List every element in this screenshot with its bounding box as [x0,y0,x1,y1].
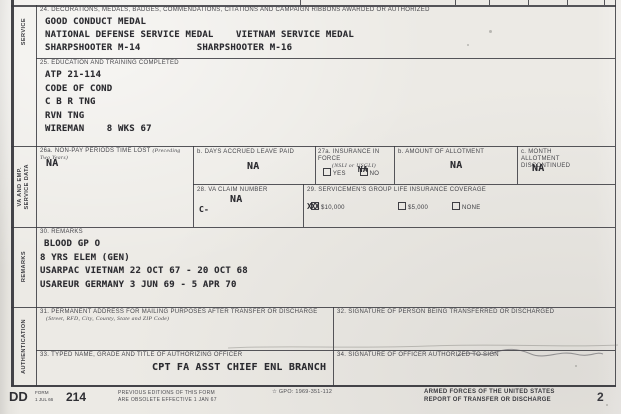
box28-value: NA [230,194,242,205]
box25-line: C B R TNG [45,97,96,107]
box25-line: ATP 21-114 [45,70,101,80]
footer-obsolete-line1: PREVIOUS EDITIONS OF THIS FORM [118,390,215,396]
scan-speckle [606,404,608,406]
divider-28-29 [303,184,304,227]
box25-line: RVN TNG [45,111,84,121]
table-bottom-border [11,385,616,387]
label-column-divider [36,5,37,386]
footer-form-number: 214 [66,390,86,404]
box27a-header: 27a. INSURANCE IN FORCE [318,149,379,162]
sgli-none-checkbox [452,202,460,210]
box25-line: WIREMAN 8 WKS 67 [45,124,152,134]
rule-remarks-auth [11,307,615,308]
box28-prefix: C- [199,205,209,214]
scan-speckle [575,365,577,367]
sgli-none-label: NONE [462,205,481,211]
box26a-header: 26a. NON-PAY PERIODS TIME LOST [40,148,152,154]
rule-service-va [11,146,615,147]
rule-26-28 [193,184,615,185]
section-label-authentication: AUTHENTICATION [12,308,36,385]
box27b-header: b. AMOUNT OF ALLOTMENT [398,149,516,156]
sgli-10000-label: $10,000 [321,205,345,211]
box33-value: CPT FA ASST CHIEF ENL BRANCH [152,362,326,373]
sgli-5000-checkbox [398,202,406,210]
va-emp-label-line2: SERVICE DATA [24,164,31,210]
remarks-line: 8 YRS ELEM (GEN) [40,253,130,263]
insurance-yes-checkbox [323,168,331,176]
divider-27b-27c [517,146,518,184]
box24-header: 24. DECORATIONS, MEDALS, BADGES, COMMEND… [40,7,580,14]
insurance-no-overlay: NA [358,165,368,174]
remarks-line: USAREUR GERMANY 3 JUN 69 - 5 APR 70 [40,280,237,290]
rule-24-25 [36,58,615,59]
top-strip-tick [455,0,456,5]
top-strip-tick [604,0,605,5]
va-emp-label-line1: VA AND EMP. [17,164,24,210]
footer-form-word: FORM [35,390,49,395]
box29-header: 29. SERVICEMEN'S GROUP LIFE INSURANCE CO… [307,187,607,194]
footer-page-number: 2 [597,390,604,404]
sgli-5000-label: $5,000 [408,205,428,211]
section-label-va-emp: VA AND EMP. SERVICE DATA [12,147,36,226]
section-label-remarks: REMARKS [12,228,36,306]
dd214-scanned-form: SERVICE VA AND EMP. SERVICE DATA REMARKS… [0,0,621,414]
sgli-10000-overlay: XXX [307,202,318,211]
box25-line: CODE OF COND [45,84,112,94]
box24-line: SHARPSHOOTER M-14 SHARPSHOOTER M-16 [45,43,292,53]
table-right-border [615,0,616,386]
box28-header: 28. VA CLAIM NUMBER [197,187,302,194]
box33-header: 33. TYPED NAME, GRADE AND TITLE OF AUTHO… [40,352,325,359]
service-label-text: SERVICE [21,18,28,45]
box27c-value: NA [532,163,544,174]
box32-header: 32. SIGNATURE OF PERSON BEING TRANSFERRE… [337,309,607,316]
box24-line: NATIONAL DEFENSE SERVICE MEDAL VIETNAM S… [45,30,354,40]
footer-form-date: 1 JUL 66 [35,397,53,402]
box24-line: GOOD CONDUCT MEDAL [45,17,146,27]
box26a-value: NA [46,158,58,169]
box25-header: 25. EDUCATION AND TRAINING COMPLETED [40,60,340,67]
box27c-header: c. MONTH ALLOTMENT DISCONTINUED [521,149,587,170]
remarks-label-text: REMARKS [21,251,28,282]
divider-26b-27a [315,146,316,184]
authentication-label-text: AUTHENTICATION [21,319,28,374]
pencil-stray-line [228,343,618,351]
footer-title-line2: REPORT OF TRANSFER OR DISCHARGE [424,397,551,403]
footer-obsolete-line2: ARE OBSOLETE EFFECTIVE 1 JAN 67 [118,397,217,403]
scan-speckle [489,30,492,33]
box30-header: 30. REMARKS [40,229,240,236]
top-strip-tick [528,0,529,5]
insurance-no-label: NO [370,171,380,177]
top-strip-tick [489,0,490,5]
remarks-line: BLOOD GP O [44,239,100,249]
box26b-header: b. DAYS ACCRUED LEAVE PAID [197,149,312,156]
rule-va-remarks [11,227,615,228]
divider-27a-27b [394,146,395,184]
divider-26a [193,146,194,227]
box31-header: 31. PERMANENT ADDRESS FOR MAILING PURPOS… [40,309,318,315]
top-strip-tick [300,0,301,5]
footer-dd: DD [9,389,28,404]
box31-header-italic: (Street, RFD, City, County, State and ZI… [46,316,169,322]
box27b-value: NA [450,160,462,171]
insurance-yes-label: YES [333,171,346,177]
footer-title-line1: ARMED FORCES OF THE UNITED STATES [424,389,555,395]
box26b-value: NA [247,161,259,172]
remarks-line: USARPAC VIETNAM 22 OCT 67 - 20 OCT 68 [40,266,248,276]
top-strip-tick [567,0,568,5]
section-label-service: SERVICE [12,6,36,58]
scan-speckle [467,44,469,46]
footer-gpo: ☆ GPO: 1969-351-112 [272,389,332,395]
